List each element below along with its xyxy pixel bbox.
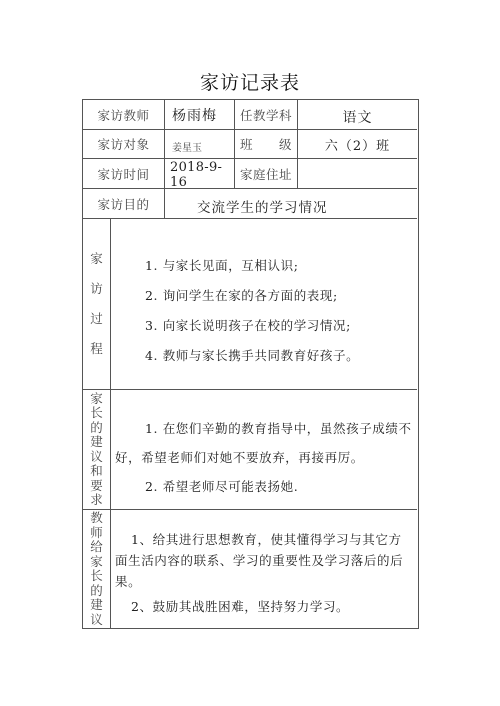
parent-suggestion-line: 好，希望老师们对她不要放弃，再接再厉。 <box>115 448 364 466</box>
page-title: 家访记录表 <box>0 68 500 95</box>
process-item: 2. 询问学生在家的各方面的表现; <box>145 286 338 304</box>
label-visit-purpose: 家访目的 <box>83 189 165 219</box>
value-visit-target: 姜星玉 <box>165 130 235 159</box>
label-visit-process: 家 访 过 程 <box>83 219 111 390</box>
label-subject: 任教学科 <box>235 100 298 130</box>
process-item: 3. 向家长说明孩子在校的学习情况; <box>145 316 351 334</box>
visit-process-content: 1. 与家长见面，互相认识; 2. 询问学生在家的各方面的表现; 3. 向家长说… <box>111 219 417 390</box>
label-class: 班 级 <box>235 130 298 159</box>
teacher-suggestion-line: 面生活内容的联系、学习的重要性及学习落后的后 <box>115 551 403 569</box>
process-item: 4. 教师与家长携手共同教育好孩子。 <box>145 346 359 364</box>
label-parent-suggestions: 家 长 的 建 议 和 要 求 <box>83 390 111 510</box>
parent-suggestion-line: 2. 希望老师尽可能表扬她. <box>145 477 298 495</box>
parent-suggestion-line: 1. 在您们辛勤的教育指导中，虽然孩子成绩不 <box>145 419 412 437</box>
process-item: 1. 与家长见面，互相认识; <box>145 256 299 274</box>
teacher-suggestion-line: 果。 <box>115 572 141 590</box>
label-home-address: 家庭住址 <box>235 159 298 189</box>
home-visit-record-table: 家访教师 杨雨梅 任教学科 语文 家访对象 姜星玉 班 级 六（2）班 家访时间… <box>82 99 419 629</box>
parent-suggestions-content: 1. 在您们辛勤的教育指导中，虽然孩子成绩不 好，希望老师们对她不要放弃，再接再… <box>111 390 417 510</box>
teacher-suggestions-content: 1、给其进行思想教育，使其懂得学习与其它方 面生活内容的联系、学习的重要性及学习… <box>111 510 417 628</box>
teacher-suggestion-line: 1、给其进行思想教育，使其懂得学习与其它方 <box>131 530 402 548</box>
value-home-address <box>298 159 417 189</box>
label-visit-target: 家访对象 <box>83 130 165 159</box>
value-class: 六（2）班 <box>298 130 417 159</box>
teacher-suggestion-line: 2、鼓励其战胜困难，坚持努力学习。 <box>131 597 349 615</box>
label-visit-time: 家访时间 <box>83 159 165 189</box>
value-visit-time: 2018-9-16 <box>165 159 235 189</box>
label-teacher-suggestions: 教 师 给 家 长 的 建 议 <box>83 510 111 628</box>
value-visiting-teacher: 杨雨梅 <box>165 100 235 130</box>
value-visit-purpose: 交流学生的学习情况 <box>165 189 417 219</box>
label-visiting-teacher: 家访教师 <box>83 100 165 130</box>
value-subject: 语文 <box>298 100 417 130</box>
